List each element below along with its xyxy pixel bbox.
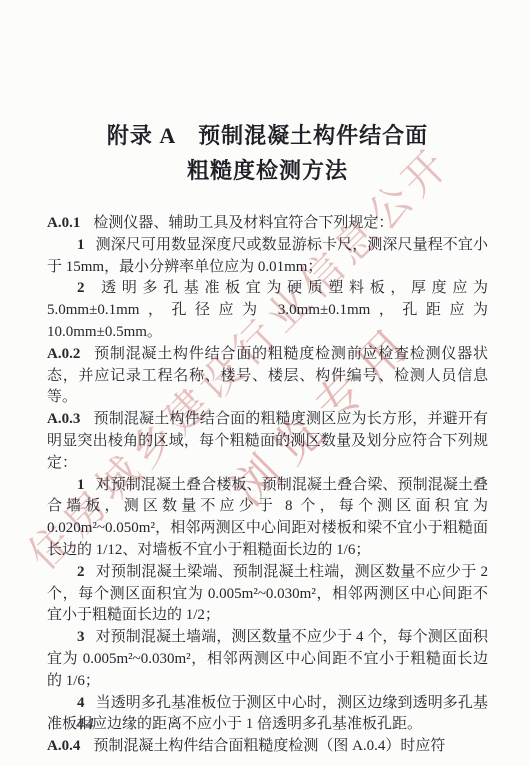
paragraph-clause-a03: A.0.3预制混凝土构件结合面的粗糙度测区应为长方形，并避开有明显突出棱角的区域…	[47, 409, 488, 474]
item-number: 2	[77, 564, 85, 580]
appendix-title-line2: 粗糙度检测方法	[187, 158, 348, 183]
clause-text: 预制混凝土构件结合面的粗糙度测区应为长方形，并避开有明显突出棱角的区域，每个粗糙…	[47, 411, 488, 471]
page-content: 附录 A 预制混凝土构件结合面粗糙度检测方法 A.0.1检测仪器、辅助工具及材料…	[47, 118, 488, 758]
paragraph-clause-a01: A.0.1检测仪器、辅助工具及材料宜符合下列规定：	[47, 213, 488, 235]
paragraph-item: 3对预制混凝土墙端，测区数量不应少于 4 个，每个测区面积宜为 0.005m²~…	[47, 627, 488, 692]
item-text: 透明多孔基准板宜为硬质塑料板，厚度应为 5.0mm±0.1mm，孔径应为 3.0…	[47, 280, 488, 340]
appendix-title: 附录 A 预制混凝土构件结合面粗糙度检测方法	[47, 118, 488, 188]
paragraph-clause-a04: A.0.4预制混凝土构件结合面粗糙度检测（图 A.0.4）时应符	[47, 736, 488, 758]
item-number: 3	[77, 629, 85, 645]
item-text: 对预制混凝土梁端、预制混凝土柱端，测区数量不应少于 2 个，每个测区面积宜为 0…	[47, 564, 488, 624]
item-text: 对预制混凝土叠合楼板、预制混凝土叠合梁、预制混凝土叠合墙板，测区数量不应少于 8…	[47, 477, 488, 558]
item-text: 测深尺可用数显深度尺或数显游标卡尺，测深尺量程不宜小于 15mm，最小分辨率单位…	[47, 237, 488, 275]
clause-text: 预制混凝土构件结合面的粗糙度检测前应检查检测仪器状态，并应记录工程名称、楼号、楼…	[47, 346, 488, 406]
paragraph-item: 4当透明多孔基准板位于测区中心时，测区边缘到透明多孔基准板相应边缘的距离不应小于…	[47, 693, 488, 737]
item-number: 1	[77, 477, 85, 493]
clause-label: A.0.2	[47, 346, 80, 362]
item-number: 4	[77, 695, 85, 711]
page-number: 44	[76, 714, 95, 734]
body-text: A.0.1检测仪器、辅助工具及材料宜符合下列规定： 1测深尺可用数显深度尺或数显…	[47, 213, 488, 758]
paragraph-item: 1测深尺可用数显深度尺或数显游标卡尺，测深尺量程不宜小于 15mm，最小分辨率单…	[47, 235, 488, 279]
paragraph-clause-a02: A.0.2预制混凝土构件结合面的粗糙度检测前应检查检测仪器状态，并应记录工程名称…	[47, 344, 488, 409]
paragraph-item: 2对预制混凝土梁端、预制混凝土柱端，测区数量不应少于 2 个，每个测区面积宜为 …	[47, 562, 488, 627]
item-text: 当透明多孔基准板位于测区中心时，测区边缘到透明多孔基准板相应边缘的距离不应小于 …	[47, 695, 488, 733]
document-page: 住房城乡建设行业信息公开 浏览专用 附录 A 预制混凝土构件结合面粗糙度检测方法…	[0, 0, 529, 766]
clause-text: 检测仪器、辅助工具及材料宜符合下列规定：	[93, 215, 393, 231]
paragraph-item: 1对预制混凝土叠合楼板、预制混凝土叠合梁、预制混凝土叠合墙板，测区数量不应少于 …	[47, 475, 488, 562]
paragraph-item: 2透明多孔基准板宜为硬质塑料板，厚度应为 5.0mm±0.1mm，孔径应为 3.…	[47, 278, 488, 343]
clause-label: A.0.3	[47, 411, 80, 427]
clause-text: 预制混凝土构件结合面粗糙度检测（图 A.0.4）时应符	[93, 738, 445, 754]
item-text: 对预制混凝土墙端，测区数量不应少于 4 个，每个测区面积宜为 0.005m²~0…	[47, 629, 488, 689]
clause-label: A.0.1	[47, 215, 80, 231]
item-number: 1	[77, 237, 85, 253]
item-number: 2	[77, 280, 85, 296]
appendix-title-line1: 附录 A 预制混凝土构件结合面	[107, 123, 428, 148]
clause-label: A.0.4	[47, 738, 80, 754]
